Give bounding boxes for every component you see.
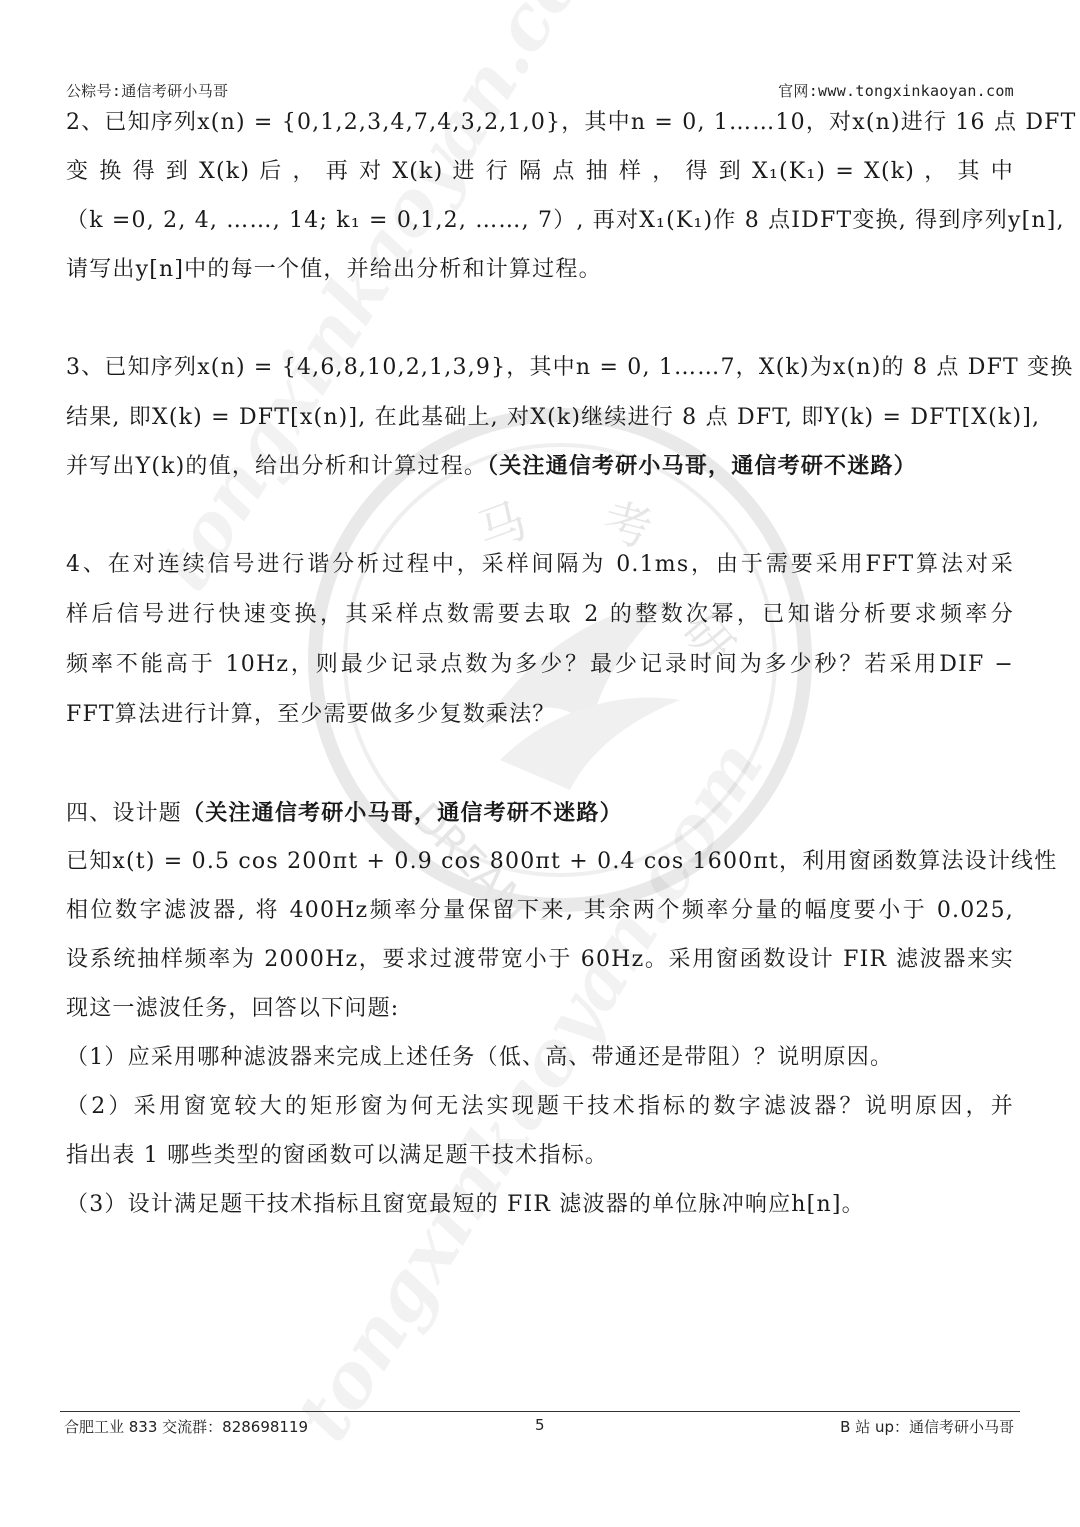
- q2-line-2: 变 换 得 到 X(k) 后 ， 再 对 X(k) 进 行 隔 点 抽 样 ， …: [66, 157, 1014, 187]
- section-4-promo-note: （关注通信考研小马哥，通信考研不迷路）: [182, 800, 623, 826]
- q2-line-3: （k =0, 2, 4, ……, 14; k₁ = 0,1,2, ……, 7）,…: [66, 206, 1014, 236]
- q2-line-4: 请写出y[n]中的每一个值，并给出分析和计算过程。: [66, 255, 1014, 285]
- q3-line-3: 并写出Y(k)的值，给出分析和计算过程。（关注通信考研小马哥，通信考研不迷路）: [66, 451, 1014, 482]
- q4-line-2: 样后信号进行快速变换，其采样点数需要去取 2 的整数次幂，已知谐分析要求频率分: [66, 600, 1014, 630]
- q4-line-1: 4、在对连续信号进行谐分析过程中，采样间隔为 0.1ms，由于需要采用FFT算法…: [66, 550, 1014, 580]
- header-wechat-account: 公粽号:通信考研小马哥: [66, 80, 228, 101]
- subquestion-3: （3）设计满足题干技术指标且窗宽最短的 FIR 滤波器的单位脉冲响应h[n]。: [66, 1190, 1014, 1220]
- footer-bilibili: B 站 up：通信考研小马哥: [840, 1416, 1014, 1437]
- subquestion-2-line-1: （2）采用窗宽较大的矩形窗为何无法实现题干技术指标的数字滤波器？说明原因，并: [66, 1092, 1014, 1122]
- footer-group-info: 合肥工业 833 交流群：828698119: [64, 1416, 308, 1437]
- q3-line-1: 3、已知序列x(n) = {4,6,8,10,2,1,3,9}，其中n = 0,…: [66, 353, 1014, 383]
- q3-promo-note: （关注通信考研小马哥，通信考研不迷路）: [487, 453, 917, 479]
- s4-line-3: 设系统抽样频率为 2000Hz，要求过渡带宽小于 60Hz。采用窗函数设计 FI…: [66, 945, 1014, 975]
- s4-line-1: 已知x(t) = 0.5 cos 200πt + 0.9 cos 800πt +…: [66, 847, 1014, 877]
- q4-line-4: FFT算法进行计算，至少需要做多少复数乘法？: [66, 700, 1014, 730]
- q3-line-3-text: 并写出Y(k)的值，给出分析和计算过程。: [66, 454, 487, 479]
- header-website[interactable]: 官网:www.tongxinkaoyan.com: [778, 80, 1014, 101]
- q2-line-1: 2、已知序列x(n) = {0,1,2,3,4,7,4,3,2,1,0}，其中n…: [66, 108, 1014, 138]
- document-page: 马 考 研 DREAM HORSE tongxinkaoyan.com tong…: [0, 0, 1080, 1527]
- section-4-heading: 四、设计题（关注通信考研小马哥，通信考研不迷路）: [66, 798, 1014, 829]
- diagonal-watermark-bottom: tongxinkaoyan.com: [280, 726, 781, 1456]
- subquestion-2-line-2: 指出表 1 哪些类型的窗函数可以满足题干技术指标。: [66, 1141, 1014, 1171]
- q4-line-3: 频率不能高于 10Hz，则最少记录点数为多少？最少记录时间为多少秒？若采用DIF…: [66, 650, 1014, 680]
- q3-line-2: 结果, 即X(k) = DFT[x(n)], 在此基础上, 对X(k)继续进行 …: [66, 403, 1014, 433]
- section-4-title: 四、设计题: [66, 801, 182, 826]
- subquestion-1: （1）应采用哪种滤波器来完成上述任务（低、高、带通还是带阻）？说明原因。: [66, 1043, 1014, 1073]
- s4-line-4: 现这一滤波任务，回答以下问题:: [66, 994, 1014, 1024]
- page-number: 5: [535, 1416, 545, 1434]
- footer-divider: [60, 1411, 1020, 1412]
- s4-line-2: 相位数字滤波器, 将 400Hz频率分量保留下来, 其余两个频率分量的幅度要小于…: [66, 896, 1014, 926]
